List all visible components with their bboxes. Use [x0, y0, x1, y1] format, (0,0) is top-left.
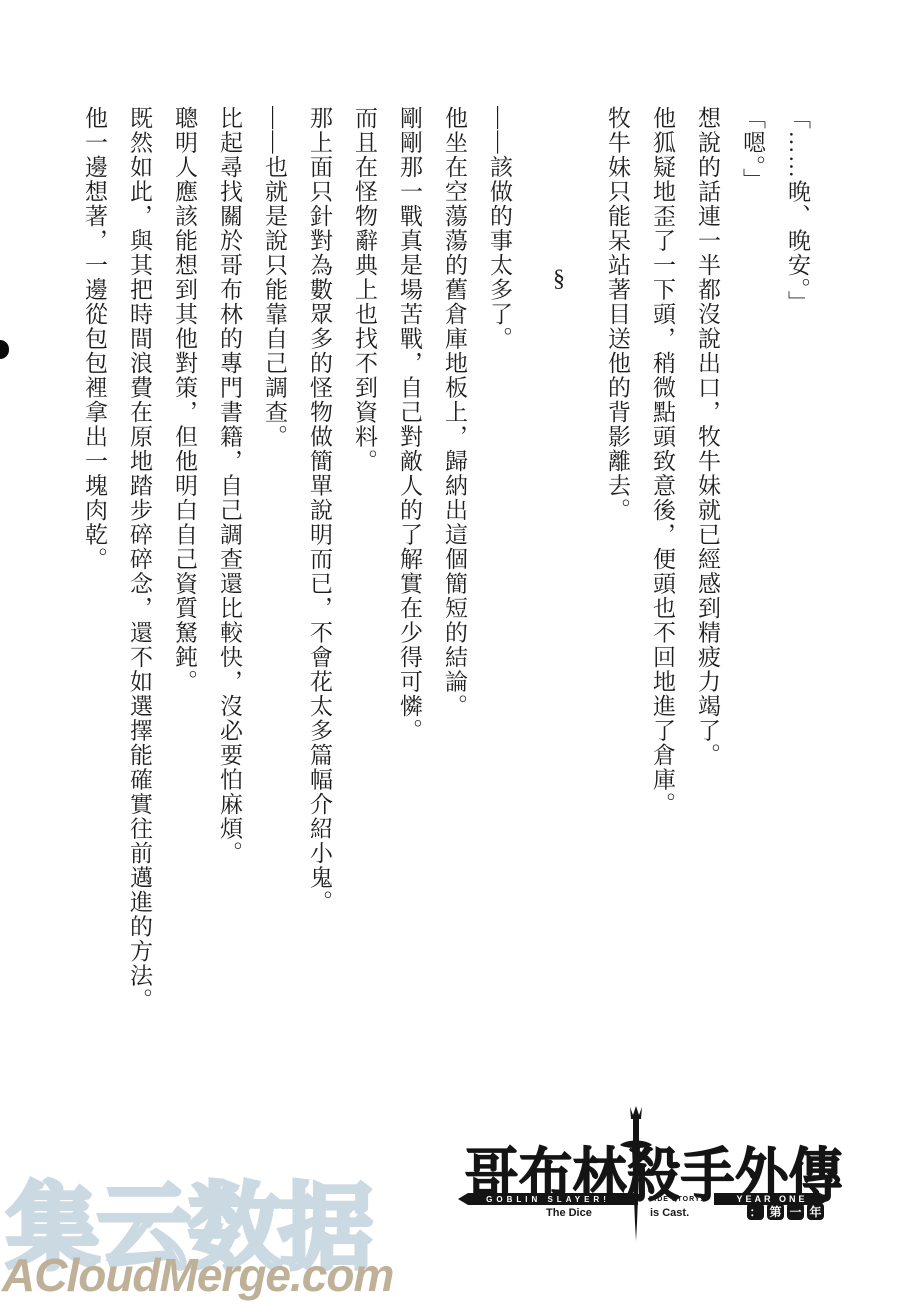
- dialogue-line: 「嗯。」: [730, 106, 775, 1036]
- section-mark: §: [536, 106, 581, 1036]
- subtitle-badge: 第: [767, 1203, 784, 1220]
- narration-line: 聰明人應該能想到其他對策，但他明白自己資質駑鈍。: [162, 106, 207, 1036]
- subtitle-badge: 年: [807, 1203, 824, 1220]
- logo-tagline-the-dice: The Dice: [546, 1207, 592, 1219]
- series-logo: 哥布林殺手外傳 GOBLIN SLAYER! SIDE STORY: YEAR …: [458, 1103, 830, 1248]
- narration-line: 他一邊想著，一邊從包包裡拿出一塊肉乾。: [72, 106, 117, 1036]
- logo-tagline-is-cast: is Cast.: [650, 1207, 689, 1219]
- narration-line: 想說的話連一半都沒說出口，牧牛妹就已經感到精疲力竭了。: [685, 106, 730, 1036]
- narration-line: 那上面只針對為數眾多的怪物做簡單說明而已，不會花太多篇幅介紹小鬼。: [297, 106, 342, 1036]
- scan-hole-mark: [0, 340, 9, 359]
- narration-line: ——也就是說只能靠自己調查。: [252, 106, 297, 1036]
- logo-banner-english-title: GOBLIN SLAYER!: [458, 1193, 638, 1205]
- narration-line: 既然如此，與其把時間浪費在原地踏步碎碎念，還不如選擇能確實往前邁進的方法。: [117, 106, 162, 1036]
- narration-line: 剛剛那一戰真是場苦戰，自己對敵人的了解實在少得可憐。: [387, 106, 432, 1036]
- narration-line: 他狐疑地歪了一下頭，稍微點頭致意後，便頭也不回地進了倉庫。: [640, 106, 685, 1036]
- narration-line: 牧牛妹只能呆站著目送他的背影離去。: [595, 106, 640, 1036]
- narration-line: ——該做的事太多了。: [477, 106, 522, 1036]
- novel-page: 「……晚、晚安。」 「嗯。」 想說的話連一半都沒說出口，牧牛妹就已經感到精疲力竭…: [0, 0, 900, 1306]
- subtitle-badge: 一: [787, 1203, 804, 1220]
- watermark-url: ACloudMerge.com: [2, 1248, 393, 1302]
- vertical-text-block: 「……晚、晚安。」 「嗯。」 想說的話連一半都沒說出口，牧牛妹就已經感到精疲力竭…: [72, 106, 820, 1036]
- dialogue-line: 「……晚、晚安。」: [775, 106, 820, 1036]
- narration-line: 而且在怪物辭典上也找不到資料。: [342, 106, 387, 1036]
- logo-subtitle-badges: ： 第 一 年: [747, 1203, 824, 1220]
- subtitle-badge: ：: [747, 1203, 764, 1220]
- narration-line: 他坐在空蕩蕩的舊倉庫地板上，歸納出這個簡短的結論。: [432, 106, 477, 1036]
- logo-banner-side-story: SIDE STORY:: [638, 1193, 714, 1205]
- narration-line: 比起尋找關於哥布林的專門書籍，自己調查還比較快，沒必要怕麻煩。: [207, 106, 252, 1036]
